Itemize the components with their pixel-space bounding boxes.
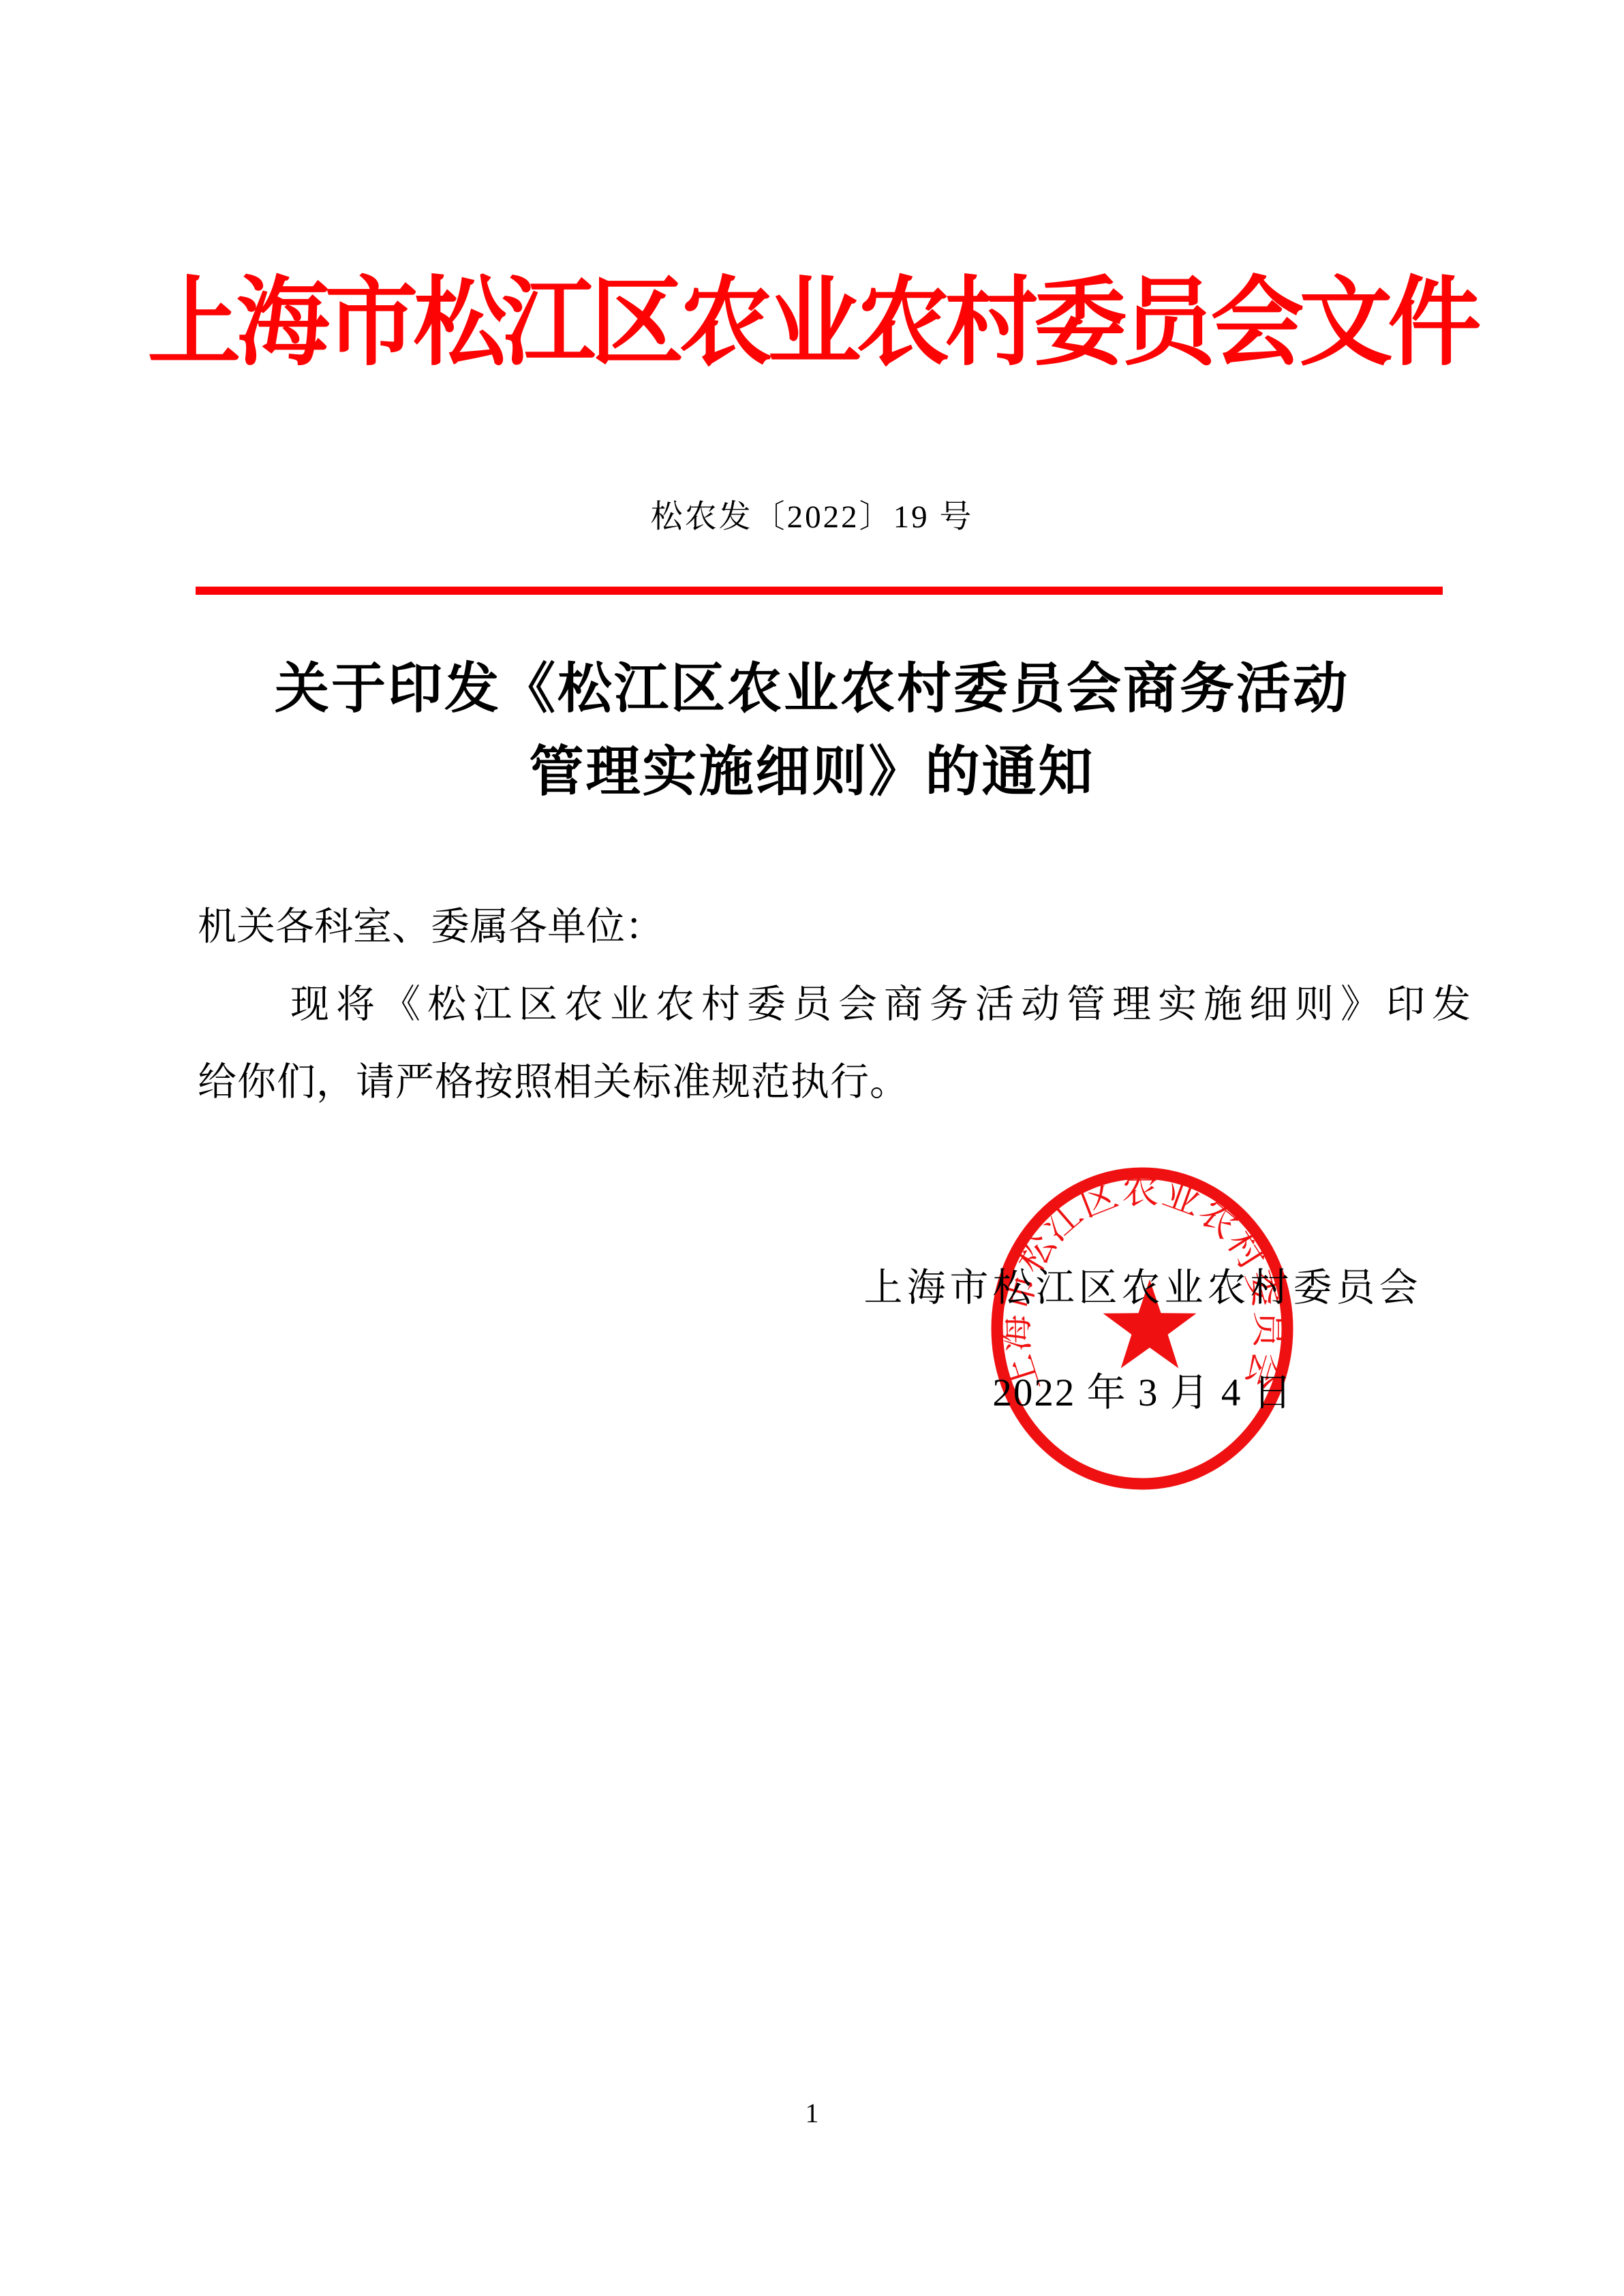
official-document-page: 上海市松江区农业农村委员会文件 松农发〔2022〕19 号 关于印发《松江区农业…	[0, 0, 1624, 2296]
body-paragraph-line-2: 给你们，请严格按照相关标准规范执行。	[198, 1063, 909, 1102]
red-divider-line	[196, 587, 1443, 595]
salutation-line: 机关各科室、委属各单位：	[198, 907, 664, 946]
body-paragraph-line-1: 现将《松江区农业农村委员会商务活动管理实施细则》印发	[198, 985, 1477, 1024]
seal-arc-text: 上海市松江区农业农村委员会	[994, 1170, 1289, 1398]
page-number: 1	[0, 2100, 1624, 2127]
seal-star-icon	[1103, 1279, 1197, 1368]
document-title-line-2: 管理实施细则》的通知	[0, 745, 1624, 800]
official-red-seal: 上海市松江区农业农村委员会	[979, 1158, 1306, 1499]
document-reference-number: 松农发〔2022〕19 号	[0, 501, 1624, 533]
document-title-line-1: 关于印发《松江区农业农村委员会商务活动	[0, 662, 1624, 717]
letterhead-org-title: 上海市松江区农业农村委员会文件	[0, 275, 1624, 372]
